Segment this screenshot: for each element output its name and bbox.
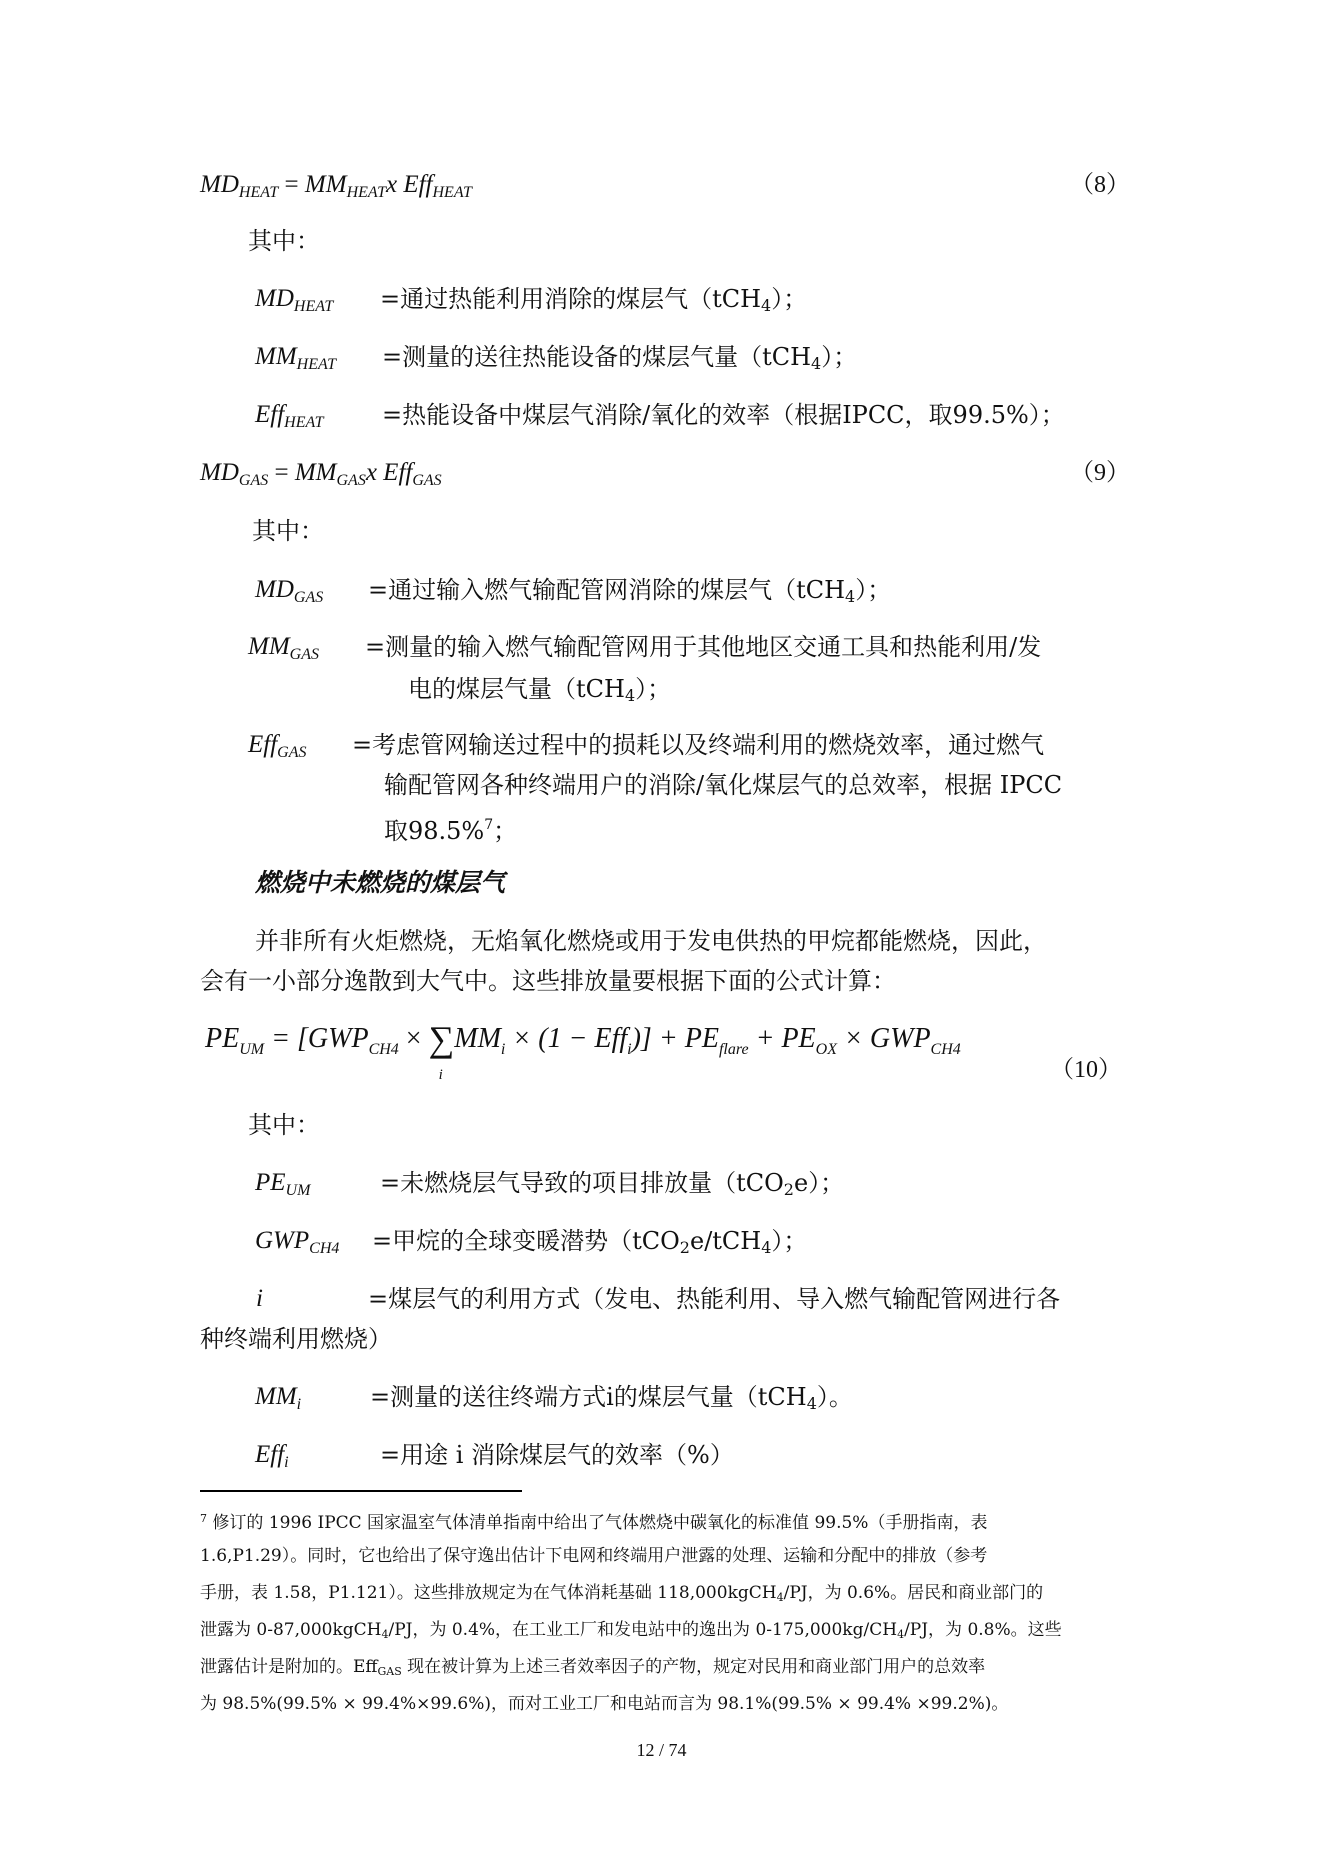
summation-symbol: ∑i	[429, 1022, 455, 1056]
def-text-eff-heat: =热能设备中煤层气消除/氧化的效率（根据IPCC，取99.5%）；	[382, 400, 1065, 430]
equation-9: MDGAS = MMGASx EffGAS	[200, 458, 442, 496]
def-text-gwp-ch4: =甲烷的全球变暖潜势（tCO2e/tCH4）；	[372, 1226, 807, 1263]
eq9-equals: =	[268, 459, 295, 486]
equation-10-number: （10）	[1050, 1055, 1122, 1085]
def-term-eff-heat: EffHEAT	[255, 400, 324, 438]
eq9-term1-sub: GAS	[336, 472, 365, 489]
def-text-md-heat: =通过热能利用消除的煤层气（tCH4）；	[380, 284, 807, 321]
def-term-mm-heat: MMHEAT	[255, 342, 336, 380]
equation-8: MDHEAT = MMHEATx EffHEAT	[200, 170, 472, 208]
page-number: 12 / 74	[0, 1740, 1323, 1761]
eq8-term2-sub: HEAT	[433, 184, 472, 201]
eq8-term2: Eff	[403, 171, 432, 198]
equation-9-number: （9）	[1070, 458, 1130, 488]
eq8-equals: =	[278, 171, 305, 198]
eq8-lhs: MD	[200, 171, 239, 198]
footnote-line-1: 7 修订的 1996 IPCC 国家温室气体清单指南中给出了气体燃烧中碳氧化的标…	[200, 1508, 987, 1534]
def-text-i-line1: =煤层气的利用方式（发电、热能利用、导入燃气输配管网进行各	[368, 1284, 1060, 1314]
where-label: 其中：	[248, 226, 320, 256]
equation-8-number: （8）	[1070, 170, 1130, 200]
eq8-lhs-sub: HEAT	[239, 184, 278, 201]
def-term-mm-gas: MMGAS	[248, 632, 319, 670]
eq8-term1: MM	[305, 171, 347, 198]
document-page: MDHEAT = MMHEATx EffHEAT （8） 其中： MDHEAT …	[0, 0, 1323, 1871]
eq9-operator: x	[366, 459, 383, 486]
section-heading: 燃烧中未燃烧的煤层气	[255, 868, 505, 898]
eq9-term2: Eff	[383, 459, 412, 486]
eq9-term2-sub: GAS	[412, 472, 441, 489]
def-text-eff-i: =用途 i 消除煤层气的效率（%）	[380, 1440, 734, 1470]
footnote-line-5: 泄露估计是附加的。EffGAS 现在被计算为上述三者效率因子的产物，规定对民用和…	[200, 1656, 985, 1683]
eq9-lhs: MD	[200, 459, 239, 486]
eq8-term1-sub: HEAT	[347, 184, 386, 201]
def-text-md-gas: =通过输入燃气输配管网消除的煤层气（tCH4）；	[368, 575, 891, 612]
def-text-eff-gas-line3: 取98.5%7；	[384, 810, 517, 846]
paragraph-line-1: 并非所有火炬燃烧，无焰氧化燃烧或用于发电供热的甲烷都能燃烧，因此，	[255, 926, 1047, 956]
eq8-operator: x	[386, 171, 403, 198]
footnote-ref-7[interactable]: 7	[484, 817, 493, 833]
eq9-lhs-sub: GAS	[239, 472, 268, 489]
def-text-mm-gas-line2: 电的煤层气量（tCH4）；	[408, 674, 671, 711]
def-text-mm-i: =测量的送往终端方式i的煤层气量（tCH4）。	[370, 1382, 853, 1419]
def-text-pe-um: =未燃烧层气导致的项目排放量（tCO2e）；	[380, 1168, 844, 1205]
def-term-pe-um: PEUM	[255, 1168, 310, 1206]
paragraph-line-2: 会有一小部分逸散到大气中。这些排放量要根据下面的公式计算：	[200, 966, 896, 996]
def-text-mm-gas-line1: =测量的输入燃气输配管网用于其他地区交通工具和热能利用/发	[365, 632, 1041, 662]
def-term-gwp-ch4: GWPCH4	[255, 1226, 339, 1264]
def-term-mm-i: MMi	[255, 1382, 301, 1420]
def-term-md-heat: MDHEAT	[255, 284, 333, 322]
def-term-i: i	[256, 1284, 263, 1314]
footnote-separator	[200, 1490, 522, 1492]
def-term-md-gas: MDGAS	[255, 575, 323, 613]
footnote-line-6: 为 98.5%(99.5% × 99.4%×99.6%)，而对工业工厂和电站而言…	[200, 1693, 1008, 1715]
eq9-term1: MM	[295, 459, 337, 486]
def-text-mm-heat: =测量的送往热能设备的煤层气量（tCH4）；	[382, 342, 857, 379]
def-text-i-line2: 种终端利用燃烧）	[200, 1324, 392, 1354]
def-term-eff-gas: EffGAS	[248, 730, 307, 768]
where-label: 其中：	[252, 516, 324, 546]
def-text-eff-gas-line2: 输配管网各种终端用户的消除/氧化煤层气的总效率，根据 IPCC	[384, 770, 1062, 800]
def-term-eff-i: Effi	[255, 1440, 289, 1478]
footnote-line-2: 1.6,P1.29）。同时，它也给出了保守逸出估计下电网和终端用户泄露的处理、运…	[200, 1545, 987, 1567]
footnote-line-4: 泄露为 0-87,000kgCH4/PJ，为 0.4%，在工业工厂和发电站中的逸…	[200, 1619, 1062, 1646]
footnote-marker: 7	[200, 1512, 207, 1525]
def-text-eff-gas-line1: =考虑管网输送过程中的损耗以及终端利用的燃烧效率，通过燃气	[352, 730, 1044, 760]
where-label: 其中：	[248, 1110, 320, 1140]
footnote-line-3: 手册，表 1.58，P1.121）。这些排放规定为在气体消耗基础 118,000…	[200, 1582, 1043, 1609]
equation-10: PEUM = [GWPCH4 × ∑iMMi × (1 − Effi)] + P…	[205, 1022, 961, 1067]
